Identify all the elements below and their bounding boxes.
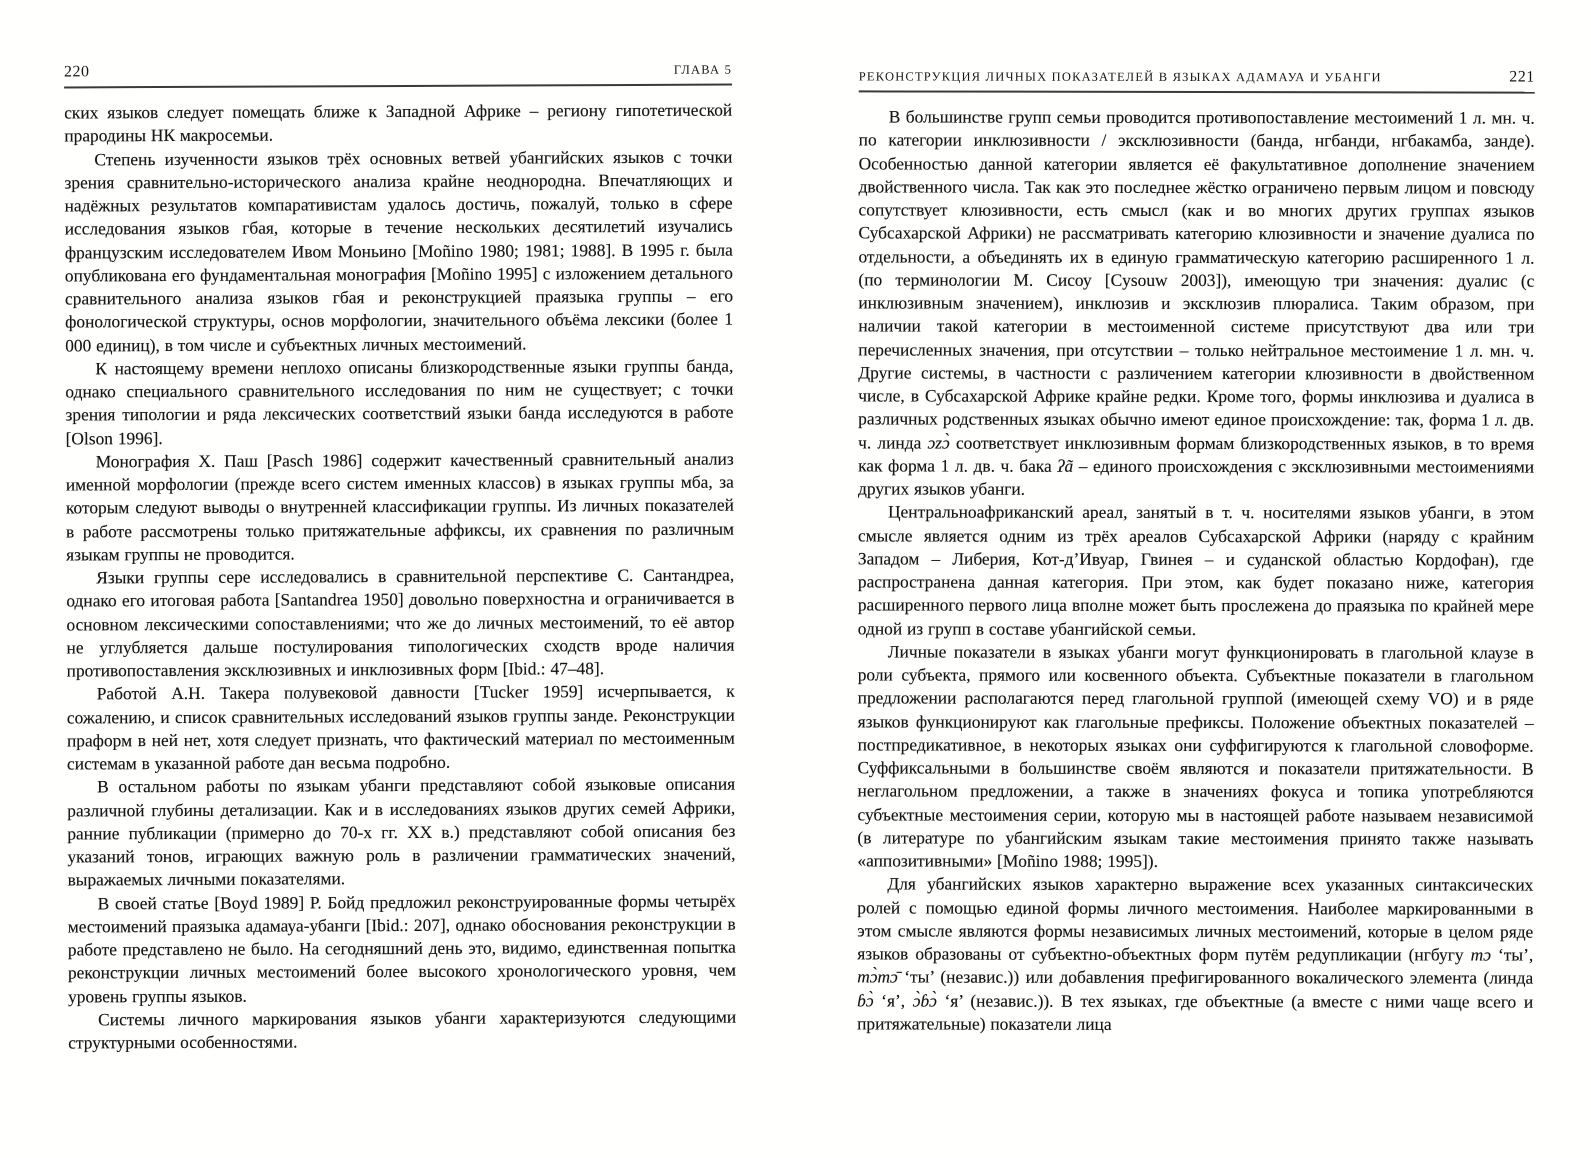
page-right-header: РЕКОНСТРУКЦИЯ ЛИЧНЫХ ПОКАЗАТЕЛЕЙ В ЯЗЫКА… (859, 67, 1535, 93)
text-run: В остальном работы по языкам убанги пред… (67, 774, 735, 890)
paragraph: Системы личного маркирования языков убан… (68, 1005, 736, 1054)
paragraph: ских языков следует помещать ближе к Зап… (64, 99, 732, 148)
text-run: ‘я’ (независ.)). В тех языках, где объек… (857, 990, 1533, 1034)
text-run: Работой А.Н. Такера полувековой давности… (67, 681, 735, 774)
page-right-body: В большинстве групп семьи проводится про… (857, 105, 1535, 1036)
paragraph: К настоящему времени неплохо описаны бли… (65, 354, 733, 450)
paragraph: Личные показатели в языках убанги могут … (857, 640, 1533, 874)
page-left-running-title: ГЛАВА 5 (674, 63, 732, 78)
text-run: ских языков следует помещать ближе к Зап… (64, 100, 732, 146)
paragraph: Монография Х. Паш [Pasch 1986] содержит … (66, 447, 735, 566)
page-left: 220 ГЛАВА 5 ских языков следует помещать… (64, 0, 737, 1055)
page-right: РЕКОНСТРУКЦИЯ ЛИЧНЫХ ПОКАЗАТЕЛЕЙ В ЯЗЫКА… (857, 0, 1535, 1037)
paragraph: Центральноафриканский ареал, занятый в т… (858, 501, 1534, 642)
page-left-number: 220 (64, 63, 90, 81)
paragraph: В остальном работы по языкам убанги пред… (67, 773, 736, 892)
paragraph: Степень изученности языков трёх основных… (64, 145, 733, 357)
linguistic-form: mɔ̀mɔ̄ (857, 967, 898, 987)
text-run: ‘я’, (874, 990, 913, 1010)
text-run: Монография Х. Паш [Pasch 1986] содержит … (66, 448, 734, 564)
text-run: ‘ты’ (независ.)) или добавления префигир… (898, 967, 1533, 988)
text-run: Степень изученности языков трёх основных… (64, 146, 733, 355)
text-run: Центральноафриканский ареал, занятый в т… (858, 502, 1534, 639)
page-right-running-title: РЕКОНСТРУКЦИЯ ЛИЧНЫХ ПОКАЗАТЕЛЕЙ В ЯЗЫКА… (859, 69, 1382, 85)
text-run: В большинстве групп семьи проводится про… (858, 106, 1535, 452)
text-run: К настоящему времени неплохо описаны бли… (65, 355, 733, 448)
page-left-header: 220 ГЛАВА 5 (64, 61, 732, 89)
text-run: Языки группы сере исследовались в сравни… (66, 565, 734, 681)
page-left-body: ских языков следует помещать ближе к Зап… (64, 99, 736, 1055)
paragraph: Языки группы сере исследовались в сравни… (66, 564, 735, 683)
text-run: ‘ты’, (1491, 945, 1533, 965)
text-run: Для убангийских языков характерно выраже… (857, 874, 1533, 965)
text-run: Личные показатели в языках убанги могут … (857, 641, 1533, 871)
paragraph: Работой А.Н. Такера полувековой давности… (67, 680, 735, 776)
linguistic-form: mɔ (1471, 944, 1491, 964)
linguistic-form: ɔzɔ̀ (928, 432, 950, 452)
paragraph: В большинстве групп семьи проводится про… (858, 105, 1535, 501)
linguistic-form: ɔ̀ɓɔ̀ (913, 990, 937, 1010)
paragraph: Для убангийских языков характерно выраже… (857, 873, 1533, 1037)
book-scan-sheet: 220 ГЛАВА 5 ских языков следует помещать… (0, 0, 1591, 1158)
paragraph: В своей статье [Boyd 1989] Р. Бойд предл… (68, 889, 737, 1008)
page-right-number: 221 (1509, 69, 1535, 87)
linguistic-form: ɓɔ̀ (857, 990, 873, 1010)
text-run: Системы личного маркирования языков убан… (68, 1006, 736, 1052)
text-run: В своей статье [Boyd 1989] Р. Бойд предл… (68, 890, 736, 1006)
linguistic-form: ʔã (1057, 456, 1073, 476)
